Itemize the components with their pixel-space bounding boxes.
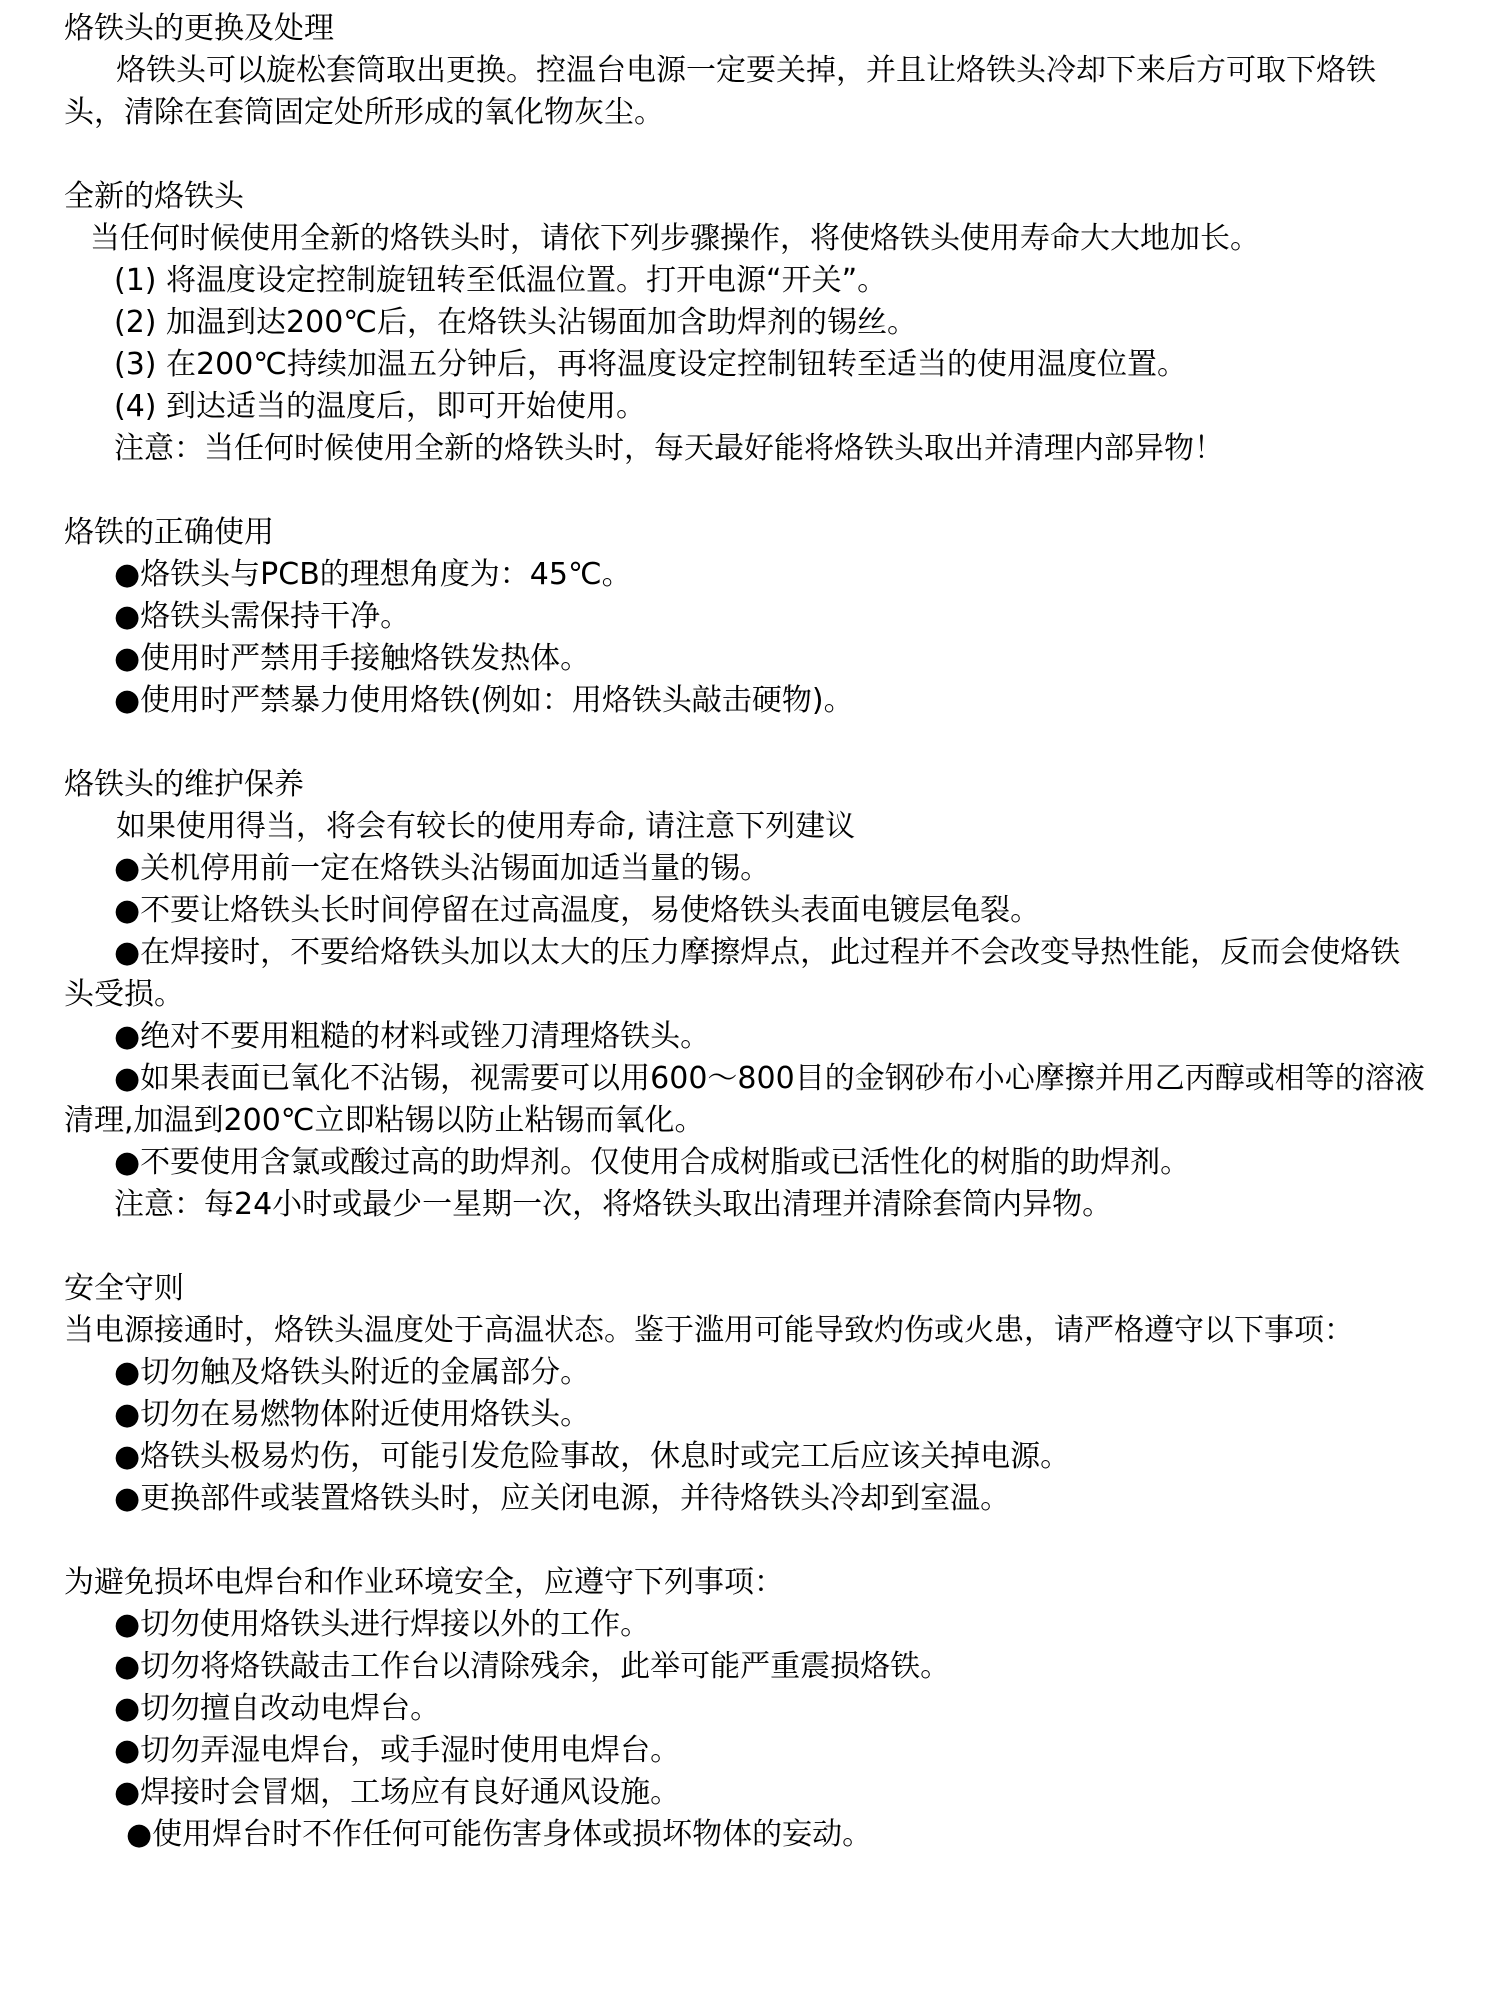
soldering-iron-manual-page: 烙铁头的更换及处理 烙铁头可以旋松套筒取出更换。控温台电源一定要关掉，并且让烙铁… <box>0 0 1500 1856</box>
section-maintenance: 烙铁头的维护保养 如果使用得当，将会有较长的使用寿命, 请注意下列建议 ●关机停… <box>64 764 1470 1226</box>
bullet-item: ●切勿将烙铁敲击工作台以清除残余，此举可能严重震损烙铁。 <box>64 1646 1470 1688</box>
bullet-item: ●在焊接时，不要给烙铁头加以太大的压力摩擦焊点，此过程并不会改变导热性能，反而会… <box>64 932 1470 974</box>
section-heading: 烙铁的正确使用 <box>64 512 1470 554</box>
numbered-item: (1) 将温度设定控制旋钮转至低温位置。打开电源“开关”。 <box>64 260 1470 302</box>
body-line: 烙铁头可以旋松套筒取出更换。控温台电源一定要关掉，并且让烙铁头冷却下来后方可取下… <box>64 50 1470 92</box>
bullet-item: ●更换部件或装置烙铁头时，应关闭电源，并待烙铁头冷却到室温。 <box>64 1478 1470 1520</box>
section-safety-rules: 安全守则 当电源接通时，烙铁头温度处于高温状态。鉴于滥用可能导致灼伤或火患，请严… <box>64 1268 1470 1520</box>
bullet-item: ●如果表面已氧化不沾锡，视需要可以用600～800目的金钢砂布小心摩擦并用乙丙醇… <box>64 1058 1470 1100</box>
body-line: 头，清除在套筒固定处所形成的氧化物灰尘。 <box>64 92 1470 134</box>
body-line: 当任何时候使用全新的烙铁头时，请依下列步骤操作，将使烙铁头使用寿命大大地加长。 <box>64 218 1470 260</box>
bullet-item: ●不要让烙铁头长时间停留在过高温度，易使烙铁头表面电镀层龟裂。 <box>64 890 1470 932</box>
numbered-item: (2) 加温到达200℃后，在烙铁头沾锡面加含助焊剂的锡丝。 <box>64 302 1470 344</box>
section-station-protection: 为避免损坏电焊台和作业环境安全，应遵守下列事项： ●切勿使用烙铁头进行焊接以外的… <box>64 1562 1470 1856</box>
section-correct-use: 烙铁的正确使用 ●烙铁头与PCB的理想角度为：45℃。 ●烙铁头需保持干净。 ●… <box>64 512 1470 722</box>
body-line: 清理,加温到200℃立即粘锡以防止粘锡而氧化。 <box>64 1100 1470 1142</box>
note-line: 注意：每24小时或最少一星期一次，将烙铁头取出清理并清除套筒内异物。 <box>64 1184 1470 1226</box>
bullet-item: ●切勿触及烙铁头附近的金属部分。 <box>64 1352 1470 1394</box>
bullet-item: ●切勿使用烙铁头进行焊接以外的工作。 <box>64 1604 1470 1646</box>
bullet-item: ●烙铁头需保持干净。 <box>64 596 1470 638</box>
bullet-item: ●不要使用含氯或酸过高的助焊剂。仅使用合成树脂或已活性化的树脂的助焊剂。 <box>64 1142 1470 1184</box>
section-tip-replacement: 烙铁头的更换及处理 烙铁头可以旋松套筒取出更换。控温台电源一定要关掉，并且让烙铁… <box>64 8 1470 134</box>
section-heading: 烙铁头的更换及处理 <box>64 8 1470 50</box>
bullet-item: ●关机停用前一定在烙铁头沾锡面加适当量的锡。 <box>64 848 1470 890</box>
bullet-item: ●绝对不要用粗糙的材料或锉刀清理烙铁头。 <box>64 1016 1470 1058</box>
body-line: 头受损。 <box>64 974 1470 1016</box>
body-line: 如果使用得当，将会有较长的使用寿命, 请注意下列建议 <box>64 806 1470 848</box>
bullet-item: ●使用时严禁暴力使用烙铁(例如：用烙铁头敲击硬物)。 <box>64 680 1470 722</box>
bullet-item: ●切勿擅自改动电焊台。 <box>64 1688 1470 1730</box>
section-heading: 全新的烙铁头 <box>64 176 1470 218</box>
bullet-item: ●烙铁头极易灼伤，可能引发危险事故，休息时或完工后应该关掉电源。 <box>64 1436 1470 1478</box>
numbered-item: (4) 到达适当的温度后，即可开始使用。 <box>64 386 1470 428</box>
note-line: 注意：当任何时候使用全新的烙铁头时，每天最好能将烙铁头取出并清理内部异物！ <box>64 428 1470 470</box>
section-heading: 烙铁头的维护保养 <box>64 764 1470 806</box>
bullet-item: ●切勿在易燃物体附近使用烙铁头。 <box>64 1394 1470 1436</box>
bullet-item: ●使用焊台时不作任何可能伤害身体或损坏物体的妄动。 <box>64 1814 1470 1856</box>
body-line: 当电源接通时，烙铁头温度处于高温状态。鉴于滥用可能导致灼伤或火患，请严格遵守以下… <box>64 1310 1470 1352</box>
section-heading: 安全守则 <box>64 1268 1470 1310</box>
bullet-item: ●焊接时会冒烟，工场应有良好通风设施。 <box>64 1772 1470 1814</box>
bullet-item: ●使用时严禁用手接触烙铁发热体。 <box>64 638 1470 680</box>
numbered-item: (3) 在200℃持续加温五分钟后，再将温度设定控制钮转至适当的使用温度位置。 <box>64 344 1470 386</box>
section-new-tip: 全新的烙铁头 当任何时候使用全新的烙铁头时，请依下列步骤操作，将使烙铁头使用寿命… <box>64 176 1470 470</box>
bullet-item: ●烙铁头与PCB的理想角度为：45℃。 <box>64 554 1470 596</box>
bullet-item: ●切勿弄湿电焊台，或手湿时使用电焊台。 <box>64 1730 1470 1772</box>
body-line: 为避免损坏电焊台和作业环境安全，应遵守下列事项： <box>64 1562 1470 1604</box>
